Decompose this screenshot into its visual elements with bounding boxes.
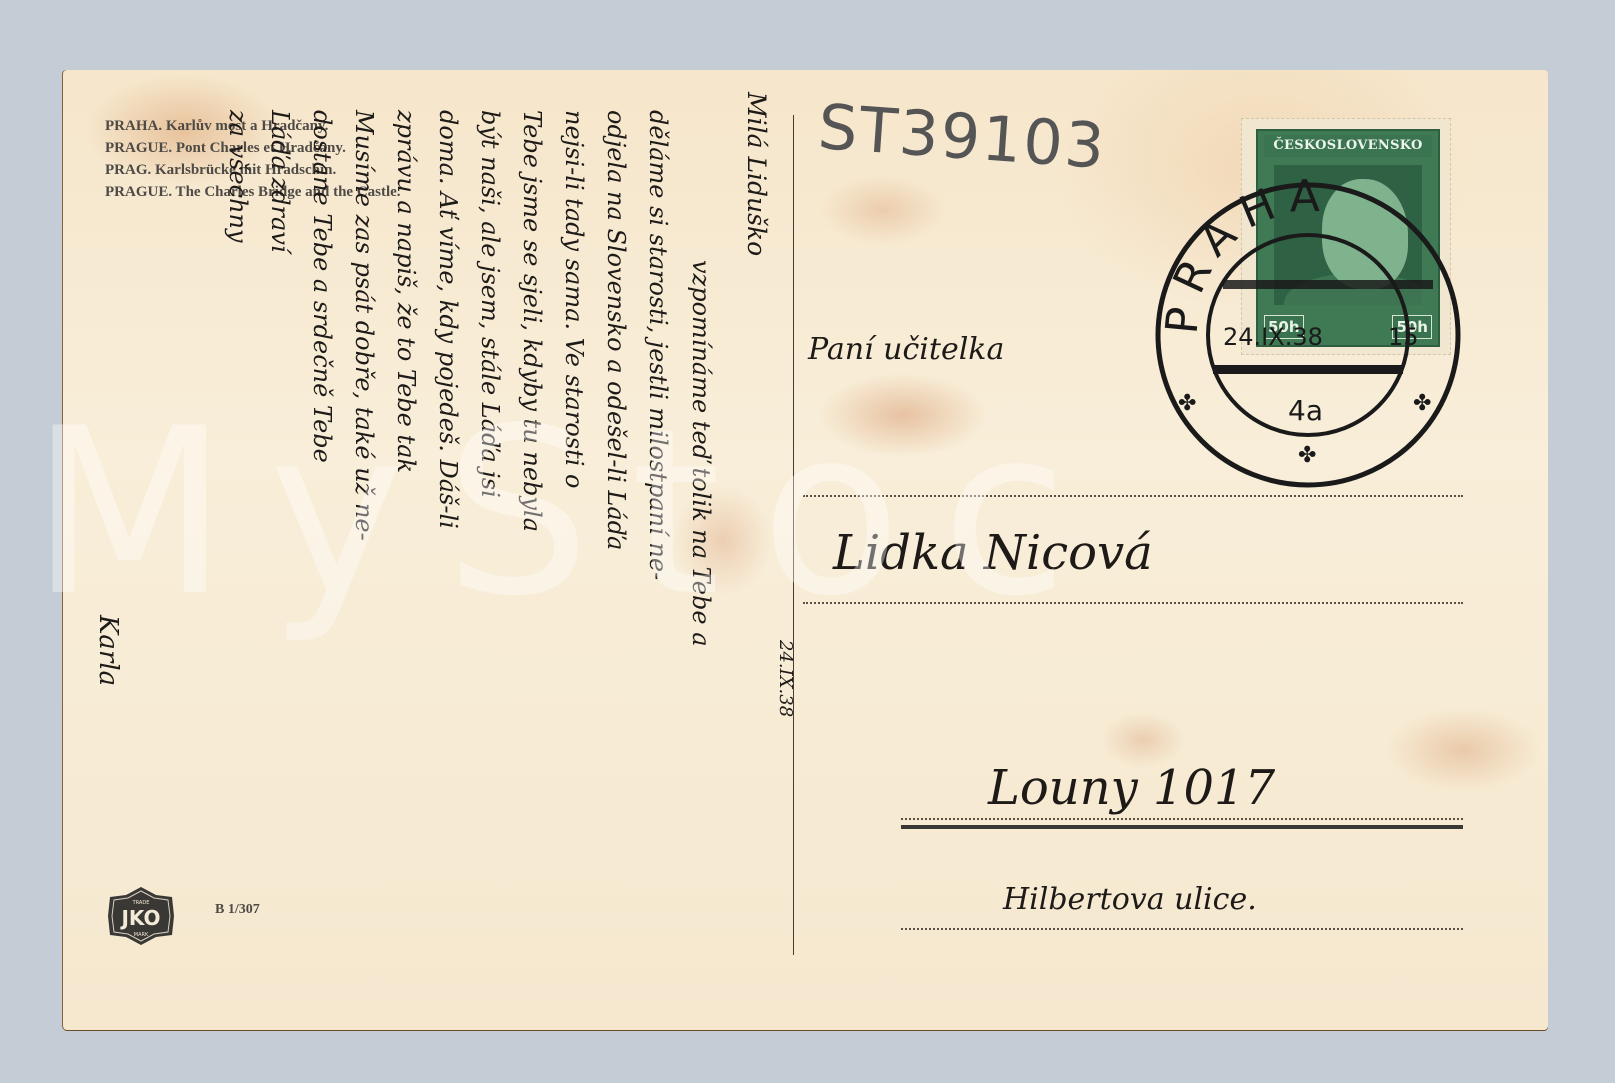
svg-text:TRADE: TRADE — [132, 900, 150, 906]
watermark: MyStoc — [30, 380, 1108, 647]
inventory-code: ST39103 — [816, 90, 1109, 183]
stamp-value-left: 50h — [1264, 315, 1304, 339]
stamp-portrait — [1274, 165, 1422, 305]
address-line-4 — [901, 928, 1463, 930]
svg-text:✤: ✤ — [1178, 390, 1196, 415]
svg-text:✤: ✤ — [1413, 390, 1431, 415]
address-salutation: Paní učitelka — [808, 332, 1004, 367]
address-street: Hilbertova ulice. — [1003, 882, 1257, 917]
stamp-country: ČESKOSLOVENSKO — [1264, 135, 1432, 157]
svg-text:MARK: MARK — [134, 932, 149, 938]
greeting: Milá Liduško — [742, 92, 771, 256]
catalog-number: B 1/307 — [215, 902, 260, 918]
stamp-value-right: 50h — [1392, 315, 1432, 339]
address-city: Louny 1017 — [988, 760, 1275, 816]
address-city-underline — [901, 825, 1463, 829]
address-line-3 — [901, 818, 1463, 820]
message-line: za všechny — [220, 110, 255, 243]
postage-stamp: ČESKOSLOVENSKO 50h 50h — [1241, 118, 1451, 355]
svg-text:JKO: JKO — [119, 906, 160, 930]
publisher-logo-icon: JKO TRADE MARK — [106, 885, 176, 947]
svg-text:✤: ✤ — [1298, 442, 1316, 467]
message-line: Láďa zdraví — [262, 110, 297, 253]
postmark-office: 4a — [1288, 394, 1323, 427]
